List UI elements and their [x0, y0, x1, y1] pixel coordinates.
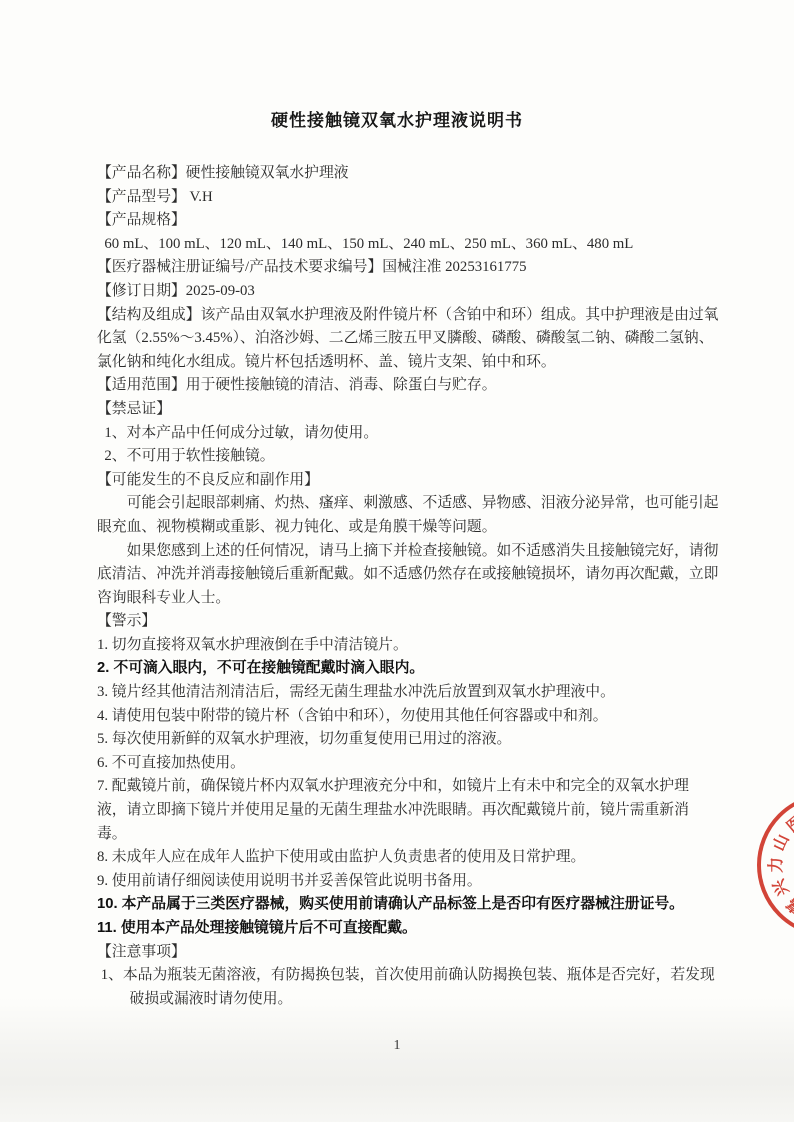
- document-line: 【结构及组成】该产品由双氧水护理液及附件镜片杯（含铂中和环）组成。其中护理液是由…: [97, 304, 711, 328]
- document-page: 硬性接触镜双氧水护理液说明书 【产品名称】硬性接触镜双氧水护理液【产品型号】 V…: [0, 0, 794, 1122]
- document-line: 10. 本产品属于三类医疗器械，购买使用前请确认产品标签上是否印有医疗器械注册证…: [97, 893, 711, 917]
- document-title: 硬性接触镜双氧水护理液说明书: [0, 106, 794, 131]
- document-line: 【警示】: [97, 610, 711, 634]
- document-line: 9. 使用前请仔细阅读使用说明书并妥善保管此说明书备用。: [97, 870, 711, 894]
- stamp-ring-icon: [757, 793, 794, 937]
- document-line: 【修订日期】2025-09-03: [97, 280, 711, 304]
- document-line: 2、不可用于软性接触镜。: [97, 445, 711, 469]
- document-line: 底清洁、冲洗并消毒接触镜后重新配戴。如不适感仍然存在或接触镜损坏，请勿再次配戴，…: [97, 563, 711, 587]
- document-line: 【禁忌证】: [97, 398, 711, 422]
- document-line: 【产品名称】硬性接触镜双氧水护理液: [97, 162, 711, 186]
- stamp-character: 嘉: [781, 891, 794, 919]
- document-line: 液，请立即摘下镜片并使用足量的无菌生理盐水冲洗眼睛。再次配戴镜片前，镜片需重新消: [97, 799, 711, 823]
- document-line: 氯化钠和纯化水组成。镜片杯包括透明杯、盖、镜片支架、铂中和环。: [97, 351, 711, 375]
- document-line: 可能会引起眼部刺痛、灼热、瘙痒、刺激感、不适感、异物感、泪液分泌异常，也可能引起: [97, 492, 711, 516]
- document-line: 4. 请使用包装中附带的镜片杯（含铂中和环），勿使用其他任何容器或中和剂。: [97, 705, 711, 729]
- company-seal-stamp: 嘉兴力山医: [757, 793, 794, 937]
- stamp-character: 力: [767, 855, 787, 875]
- document-line: 8. 未成年人应在成年人监护下使用或由监护人负责患者的使用及日常护理。: [97, 846, 711, 870]
- document-line: 毒。: [97, 823, 711, 847]
- document-line: 【适用范围】用于硬性接触镜的清洁、消毒、除蛋白与贮存。: [97, 374, 711, 398]
- stamp-character: 山: [769, 830, 794, 857]
- stamp-character: 医: [781, 811, 794, 839]
- document-line: 5. 每次使用新鲜的双氧水护理液，切勿重复使用已用过的溶液。: [97, 728, 711, 752]
- document-line: 11. 使用本产品处理接触镜镜片后不可直接配戴。: [97, 917, 711, 941]
- document-line: 化氢（2.55%～3.45%）、泊洛沙姆、二乙烯三胺五甲叉膦酸、磷酸、磷酸氢二钠…: [97, 327, 711, 351]
- page-number: 1: [0, 1038, 794, 1054]
- document-line: 60 mL、100 mL、120 mL、140 mL、150 mL、240 mL…: [97, 233, 711, 257]
- document-line: 眼充血、视物模糊或重影、视力钝化、或是角膜干燥等问题。: [97, 516, 711, 540]
- document-line: 【可能发生的不良反应和副作用】: [97, 469, 711, 493]
- document-line: 7. 配戴镜片前，确保镜片杯内双氧水护理液充分中和，如镜片上有未中和完全的双氧水…: [97, 775, 711, 799]
- document-line: 破损或漏液时请勿使用。: [97, 988, 711, 1012]
- document-line: 6. 不可直接加热使用。: [97, 752, 711, 776]
- document-line: 1、对本产品中任何成分过敏，请勿使用。: [97, 422, 711, 446]
- document-body: 【产品名称】硬性接触镜双氧水护理液【产品型号】 V.H【产品规格】60 mL、1…: [97, 162, 711, 1011]
- document-line: 咨询眼科专业人士。: [97, 587, 711, 611]
- document-line: 【注意事项】: [97, 941, 711, 965]
- document-line: 1、本品为瓶装无菌溶液，有防揭换包装，首次使用前确认防揭换包装、瓶体是否完好，若…: [97, 964, 711, 988]
- stamp-character: 兴: [769, 874, 794, 901]
- document-line: 如果您感到上述的任何情况，请马上摘下并检查接触镜。如不适感消失且接触镜完好，请彻: [97, 540, 711, 564]
- document-line: 2. 不可滴入眼内，不可在接触镜配戴时滴入眼内。: [97, 657, 711, 681]
- document-line: 1. 切勿直接将双氧水护理液倒在手中清洁镜片。: [97, 634, 711, 658]
- scan-shadow: [0, 998, 794, 1122]
- document-line: 【医疗器械注册证编号/产品技术要求编号】国械注准 20253161775: [97, 256, 711, 280]
- document-line: 3. 镜片经其他清洁剂清洁后，需经无菌生理盐水冲洗后放置到双氧水护理液中。: [97, 681, 711, 705]
- document-line: 【产品规格】: [97, 209, 711, 233]
- document-line: 【产品型号】 V.H: [97, 186, 711, 210]
